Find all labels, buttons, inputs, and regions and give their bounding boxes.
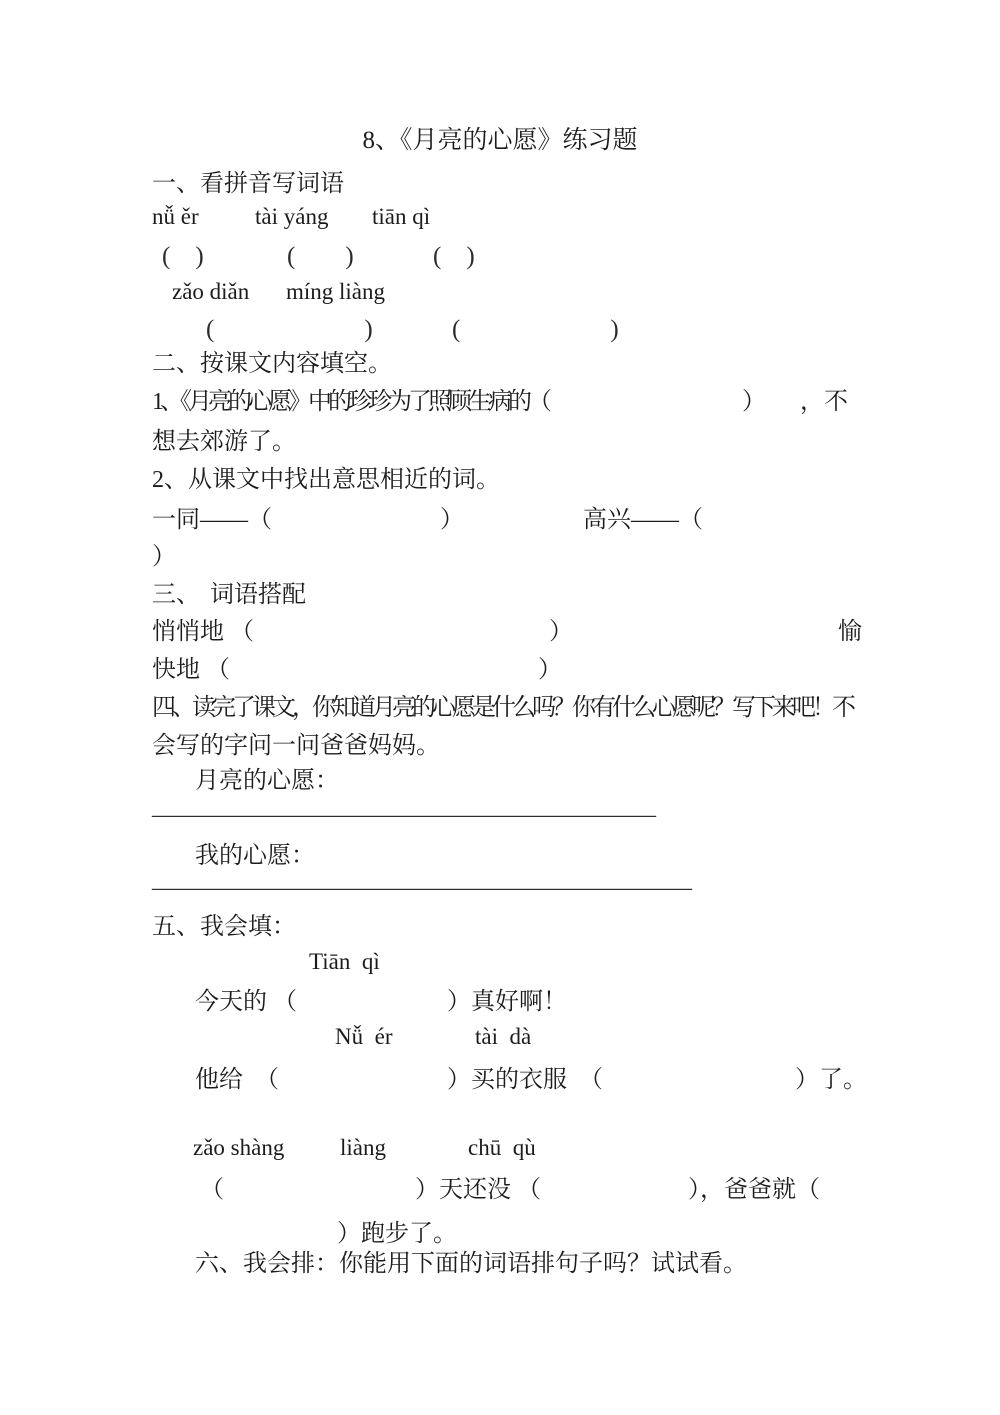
synonym-left: 一同——（ — [152, 506, 272, 535]
q1-text: 1、《月亮的心愿》中的珍珍为了照顾生病的（ — [152, 388, 548, 417]
section4-line2: 会写的字问一问爸爸妈妈。 — [152, 732, 440, 761]
pinyin-taida: tài dà — [475, 1023, 531, 1051]
fill3-mid2: ），爸爸就（ — [688, 1176, 820, 1205]
pinyin-tianqi-cap: Tiān qì — [309, 948, 380, 976]
writing-blank-2: ________________________________________… — [152, 866, 692, 895]
section4-line1: 四、读完了课文，你知道月亮的心愿是什么吗？你有什么心愿呢？写下来吧！不 — [152, 694, 852, 723]
answer-parens-1: ( ) — [162, 242, 204, 272]
worksheet-page: 8、《月亮的心愿》练习题 一、看拼音写词语 nǚ ěr tài yáng tiā… — [0, 0, 1000, 1415]
match-pair2-carry: 愉 — [838, 618, 862, 647]
fill3-close: ）跑步了。 — [337, 1220, 457, 1249]
fill1-open: 今天的 （ — [195, 988, 297, 1017]
pinyin-zaoshang: zǎo shàng — [193, 1134, 284, 1162]
q1-line2: 想去郊游了。 — [152, 428, 296, 457]
match-pair2-close: ） — [538, 656, 562, 685]
section2-heading: 二、按课文内容填空。 — [152, 350, 392, 379]
pinyin-ming-liang: míng liàng — [286, 278, 385, 306]
q1-close-paren: ） — [742, 388, 766, 417]
worksheet-title: 8、《月亮的心愿》练习题 — [0, 126, 1000, 156]
answer-parens-5: ( ) — [452, 315, 619, 345]
section1-heading: 一、看拼音写词语 — [152, 170, 344, 199]
q2-text: 2、从课文中找出意思相近的词。 — [152, 466, 500, 495]
answer-parens-4: ( ) — [206, 315, 373, 345]
pinyin-chuqu: chū qù — [468, 1134, 536, 1162]
pinyin-nv-er: nǚ ěr — [152, 203, 199, 231]
pinyin-liang: liàng — [340, 1134, 386, 1162]
fill1-close: ）真好啊！ — [447, 988, 567, 1017]
fill2-open: 他给 （ — [195, 1066, 279, 1095]
fill2-mid: ）买的衣服 （ — [447, 1066, 603, 1095]
answer-parens-3: ( ) — [433, 242, 475, 272]
q1-tail: ，不 — [800, 388, 848, 417]
pinyin-tian-qi: tiān qì — [372, 203, 430, 231]
writing-blank-1: ________________________________________… — [152, 793, 656, 822]
pinyin-zao-dian: zǎo diǎn — [172, 278, 249, 306]
match-pair1-open: 悄悄地 （ — [152, 618, 254, 647]
match-pair2-open: 快地 （ — [152, 656, 230, 685]
pinyin-tai-yang: tài yáng — [255, 203, 328, 231]
fill3-mid: ）天还没 （ — [415, 1176, 541, 1205]
section6-heading: 六、我会排：你能用下面的词语排句子吗？试试看。 — [195, 1250, 747, 1279]
section3-heading-num: 三、 — [152, 581, 200, 610]
synonym-right-close: ） — [152, 543, 176, 572]
section5-heading: 五、我会填： — [152, 913, 296, 942]
fill2-close: ）了。 — [795, 1066, 867, 1095]
pinyin-nver-cap: Nǚ ér — [335, 1023, 392, 1051]
synonym-right: 高兴——（ — [583, 506, 703, 535]
fill3-open: （ — [200, 1176, 224, 1205]
match-pair1-close: ） — [549, 618, 573, 647]
answer-parens-2: ( ) — [287, 242, 354, 272]
synonym-left-close: ） — [440, 506, 464, 535]
moon-wish-label: 月亮的心愿： — [195, 767, 339, 796]
section3-heading-text: 词语搭配 — [210, 581, 306, 610]
